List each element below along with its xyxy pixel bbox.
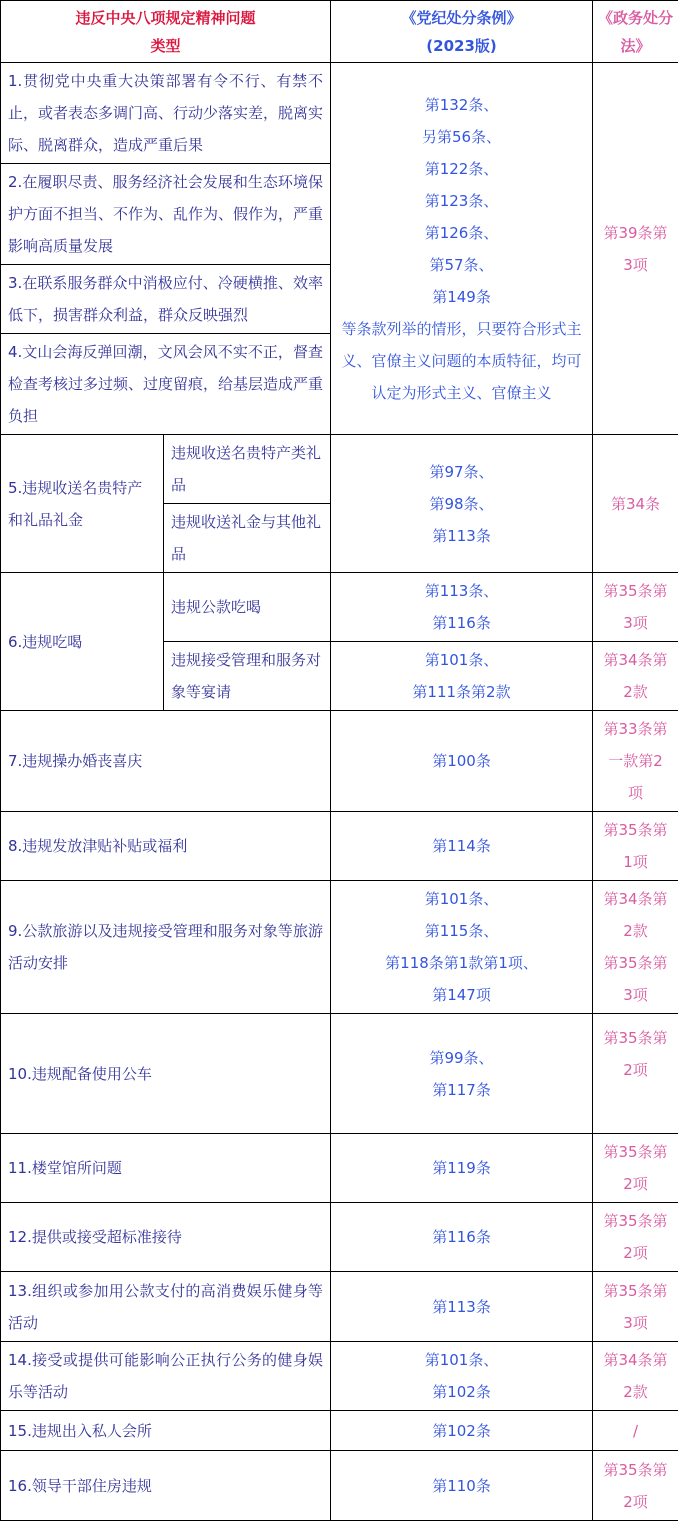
table-row: 9.公款旅游以及违规接受管理和服务对象等旅游活动安排 第101条、 第115条、… [1,881,678,1014]
row16-type: 16.领导干部住房违规 [1,1451,331,1521]
row2-type: 2.在履职尽责、服务经济社会发展和生态环境保护方面不担当、不作为、乱作为、假作为… [1,164,331,265]
table-row: 13.组织或参加用公款支付的高消费娱乐健身等活动 第113条 第35条第3项 [1,1272,678,1342]
header-row: 违反中央八项规定精神问题 类型 《党纪处分条例》 (2023版) 《政务处分法》 [1,1,678,63]
row5-sub1: 违规收送名贵特产类礼品 [164,435,331,504]
row5-group: 5.违规收送名贵特产和礼品礼金 [1,435,164,573]
row16-dangji: 第110条 [331,1451,593,1521]
table-row: 7.违规操办婚丧喜庆 第100条 第33条第一款第2项 [1,711,678,812]
row6-sub2-zhengwu: 第34条第2款 [593,642,678,711]
row16-zhengwu: 第35条第2项 [593,1451,678,1521]
row12-type: 12.提供或接受超标准接待 [1,1203,331,1272]
regulations-table: 违反中央八项规定精神问题 类型 《党纪处分条例》 (2023版) 《政务处分法》… [0,0,678,1521]
row6-sub1-dangji: 第113条、 第116条 [331,573,593,642]
row5-dangji: 第97条、 第98条、 第113条 [331,435,593,573]
row6-sub1-zhengwu: 第35条第3项 [593,573,678,642]
row15-type: 15.违规出入私人会所 [1,1411,331,1451]
table-row: 5.违规收送名贵特产和礼品礼金 违规收送名贵特产类礼品 第97条、 第98条、 … [1,435,678,504]
row11-zhengwu: 第35条第2项 [593,1134,678,1203]
table-row: 8.违规发放津贴补贴或福利 第114条 第35条第1项 [1,812,678,881]
table-row: 16.领导干部住房违规 第110条 第35条第2项 [1,1451,678,1521]
row9-zhengwu: 第34条第2款 第35条第3项 [593,881,678,1014]
row3-type: 3.在联系服务群众中消极应付、冷硬横推、效率低下，损害群众利益，群众反映强烈 [1,265,331,334]
row1-type: 1.贯彻党中央重大决策部署有令不行、有禁不止，或者表态多调门高、行动少落实差，脱… [1,63,331,164]
row8-type: 8.违规发放津贴补贴或福利 [1,812,331,881]
row12-dangji: 第116条 [331,1203,593,1272]
row15-dangji: 第102条 [331,1411,593,1451]
row10-dangji: 第99条、 第117条 [331,1014,593,1134]
row11-type: 11.楼堂馆所问题 [1,1134,331,1203]
row5-sub2: 违规收送礼金与其他礼品 [164,504,331,573]
row11-dangji: 第119条 [331,1134,593,1203]
table-row: 10.违规配备使用公车 第99条、 第117条 第35条第2项 [1,1014,678,1134]
header-party-discipline-regulations: 《党纪处分条例》 (2023版) [331,1,593,63]
header-government-sanctions-law: 《政务处分法》 [593,1,678,63]
row12-zhengwu: 第35条第2项 [593,1203,678,1272]
table-row: 12.提供或接受超标准接待 第116条 第35条第2项 [1,1203,678,1272]
row7-type: 7.违规操办婚丧喜庆 [1,711,331,812]
row5-zhengwu: 第34条 [593,435,678,573]
row4-type: 4.文山会海反弹回潮，文风会风不实不正，督查检查考核过多过频、过度留痕，给基层造… [1,334,331,435]
row14-type: 14.接受或提供可能影响公正执行公务的健身娱乐等活动 [1,1342,331,1411]
row14-zhengwu: 第34条第2款 [593,1342,678,1411]
row10-zhengwu: 第35条第2项 [593,1014,678,1134]
row6-group: 6.违规吃喝 [1,573,164,711]
row13-type: 13.组织或参加用公款支付的高消费娱乐健身等活动 [1,1272,331,1342]
row13-zhengwu: 第35条第3项 [593,1272,678,1342]
table-row: 14.接受或提供可能影响公正执行公务的健身娱乐等活动 第101条、 第102条 … [1,1342,678,1411]
header-problem-type: 违反中央八项规定精神问题 类型 [1,1,331,63]
rows1-4-dangji: 第132条、 另第56条、 第122条、 第123条、 第126条、 第57条、… [331,63,593,435]
row6-sub2: 违规接受管理和服务对象等宴请 [164,642,331,711]
row6-sub1: 违规公款吃喝 [164,573,331,642]
table-row: 6.违规吃喝 违规公款吃喝 第113条、 第116条 第35条第3项 [1,573,678,642]
row15-zhengwu: / [593,1411,678,1451]
row8-dangji: 第114条 [331,812,593,881]
table-row: 11.楼堂馆所问题 第119条 第35条第2项 [1,1134,678,1203]
table-row: 1.贯彻党中央重大决策部署有令不行、有禁不止，或者表态多调门高、行动少落实差，脱… [1,63,678,164]
row9-type: 9.公款旅游以及违规接受管理和服务对象等旅游活动安排 [1,881,331,1014]
row9-dangji: 第101条、 第115条、 第118条第1款第1项、 第147项 [331,881,593,1014]
row7-zhengwu: 第33条第一款第2项 [593,711,678,812]
row6-sub2-dangji: 第101条、 第111条第2款 [331,642,593,711]
row10-type: 10.违规配备使用公车 [1,1014,331,1134]
table-row: 15.违规出入私人会所 第102条 / [1,1411,678,1451]
rows1-4-zhengwu: 第39条第3项 [593,63,678,435]
row8-zhengwu: 第35条第1项 [593,812,678,881]
row14-dangji: 第101条、 第102条 [331,1342,593,1411]
row7-dangji: 第100条 [331,711,593,812]
row13-dangji: 第113条 [331,1272,593,1342]
